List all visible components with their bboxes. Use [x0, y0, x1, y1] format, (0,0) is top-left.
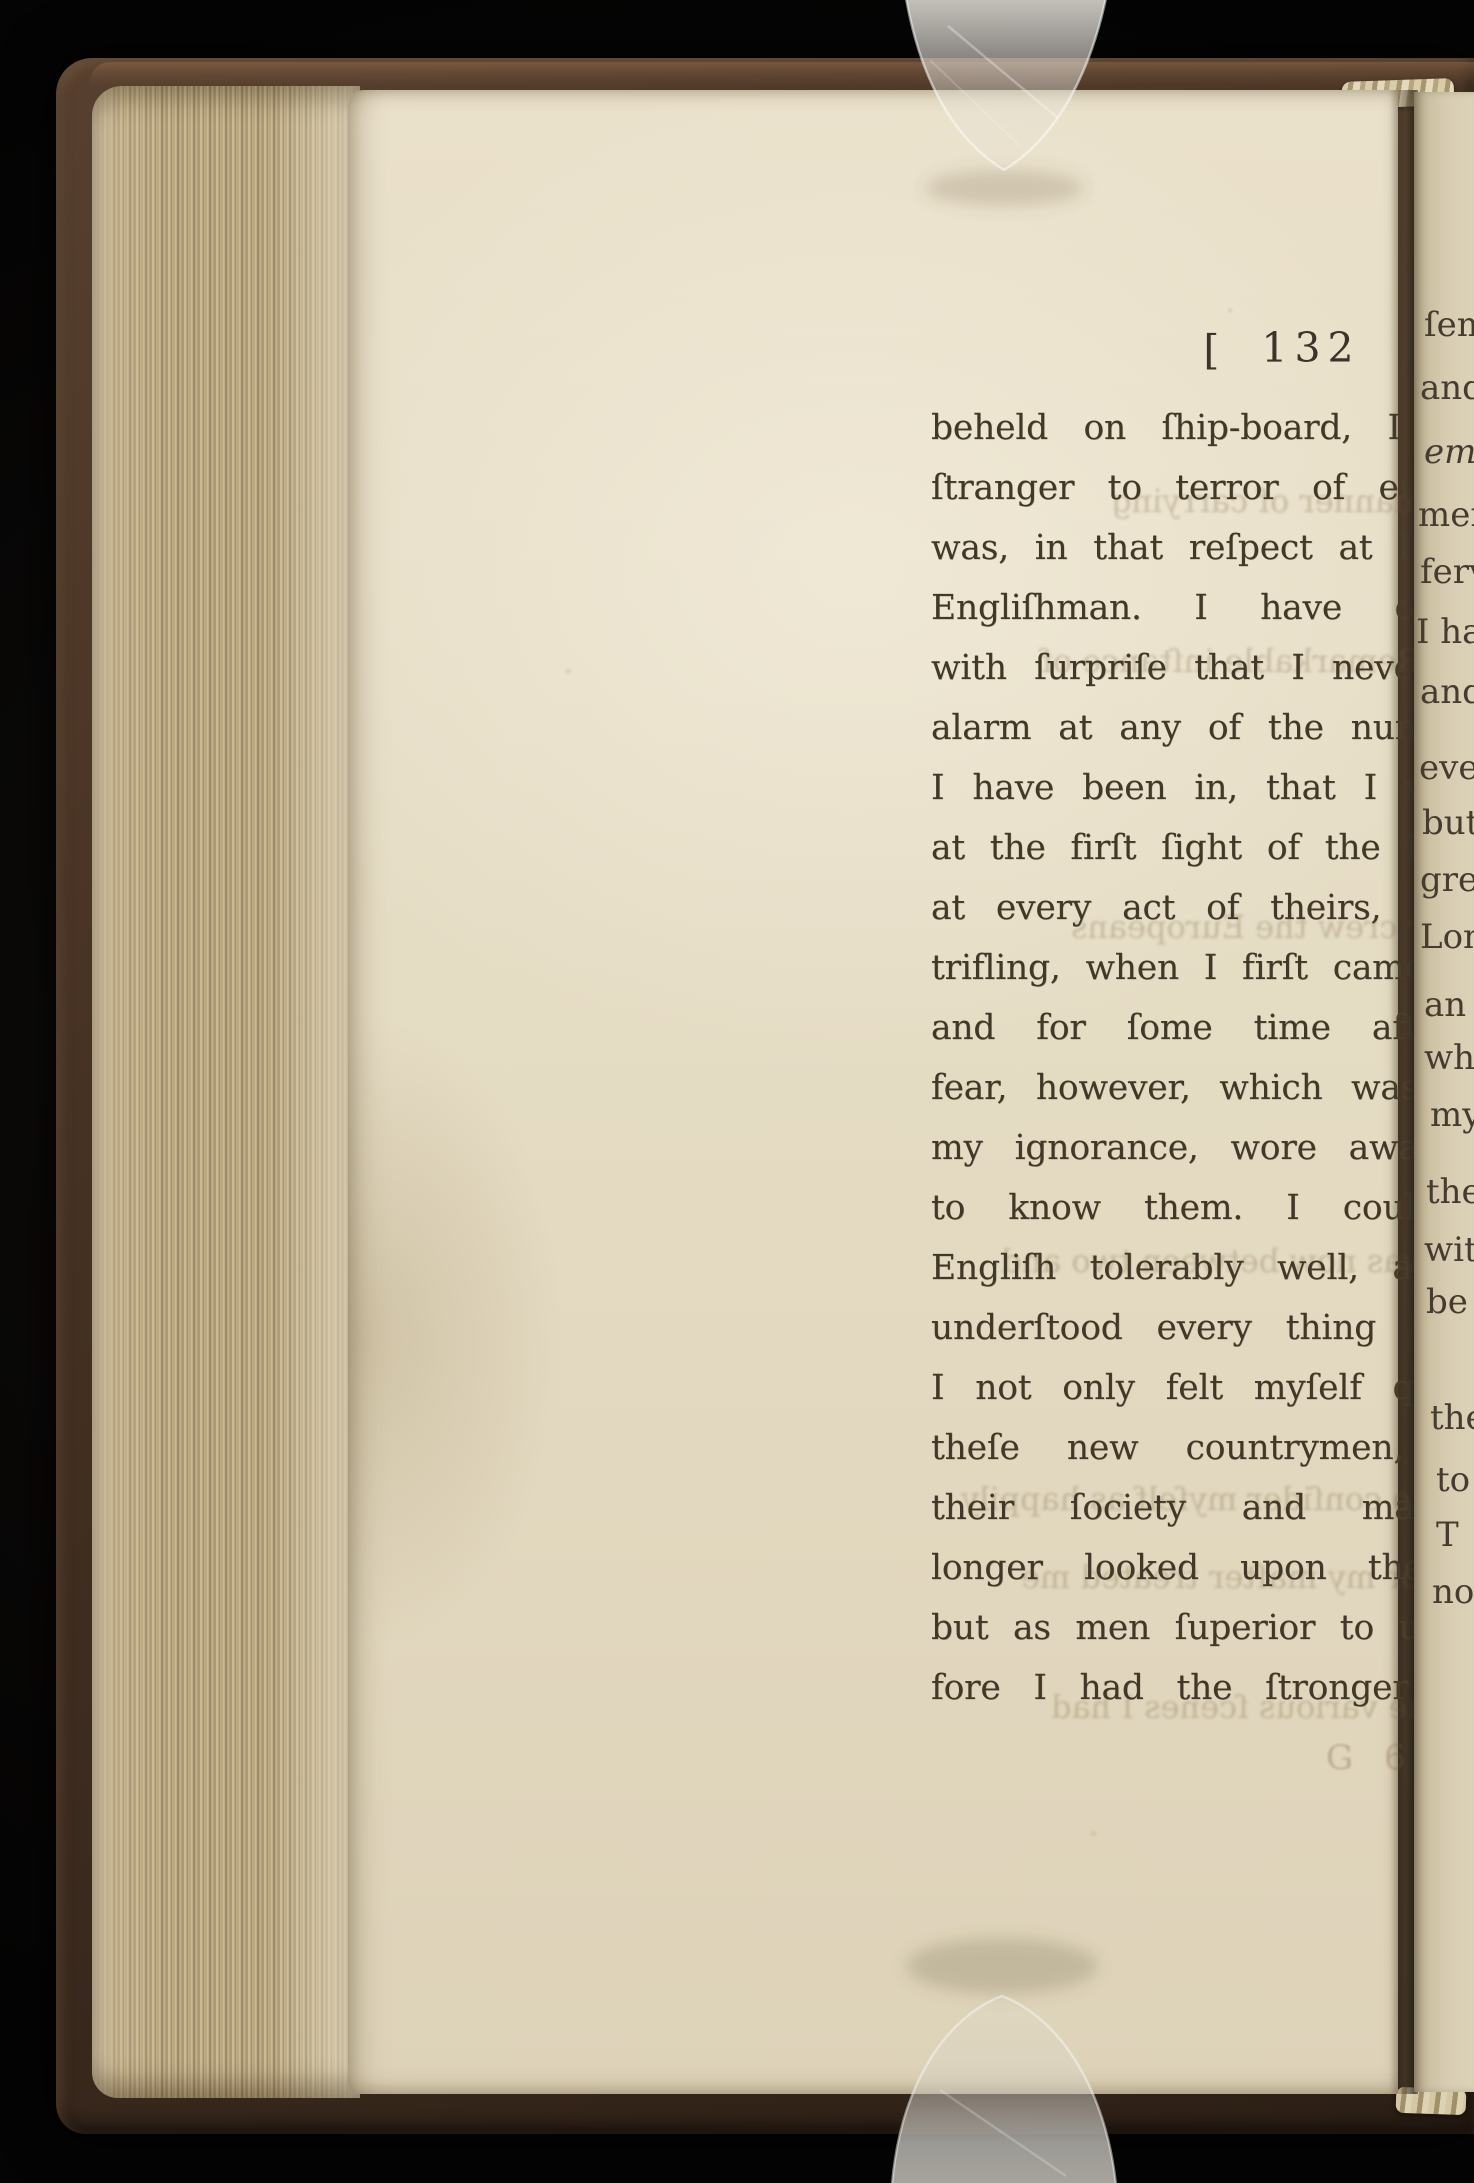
next-page-fragment: whi	[1424, 1038, 1474, 1078]
next-page-fragment: but	[1422, 803, 1474, 843]
next-page-fragment: be	[1426, 1282, 1468, 1322]
book-page: [132] the manner of carrying Remarkable …	[348, 90, 1398, 2094]
next-page-fragment: the	[1430, 1398, 1474, 1438]
next-page-fragment: greſ	[1420, 860, 1474, 900]
page-stack-fore-edge	[92, 86, 360, 2098]
next-page-fragment: ferve	[1420, 552, 1474, 592]
next-page-fragment: an o	[1424, 985, 1474, 1025]
next-page-fragment: ment	[1418, 495, 1474, 535]
next-page-fragment: the	[1426, 1172, 1474, 1212]
next-page-fragment: I ha	[1416, 612, 1474, 652]
next-page-fragment: to	[1436, 1460, 1470, 1500]
next-page-fragment: T	[1436, 1515, 1459, 1555]
next-page-fragment: wit	[1424, 1230, 1474, 1270]
next-page-edge: ſemb and embr ment ferve I ha and ever b…	[1414, 92, 1474, 2092]
page-number: 132	[1261, 324, 1360, 372]
next-page-fragment: no	[1432, 1572, 1474, 1612]
next-page-fragment: ever	[1419, 748, 1474, 788]
next-page-fragment: and	[1420, 368, 1474, 408]
next-page-fragment: Lon	[1420, 917, 1474, 957]
next-page-fragment: embr	[1424, 432, 1474, 472]
next-page-fragment: my	[1430, 1095, 1474, 1135]
next-page-fragment: and	[1420, 672, 1474, 712]
next-page-fragment: ſemb	[1424, 305, 1474, 345]
left-bracket: [	[1203, 326, 1219, 374]
photographed-book-scene: [132] the manner of carrying Remarkable …	[0, 0, 1474, 2183]
